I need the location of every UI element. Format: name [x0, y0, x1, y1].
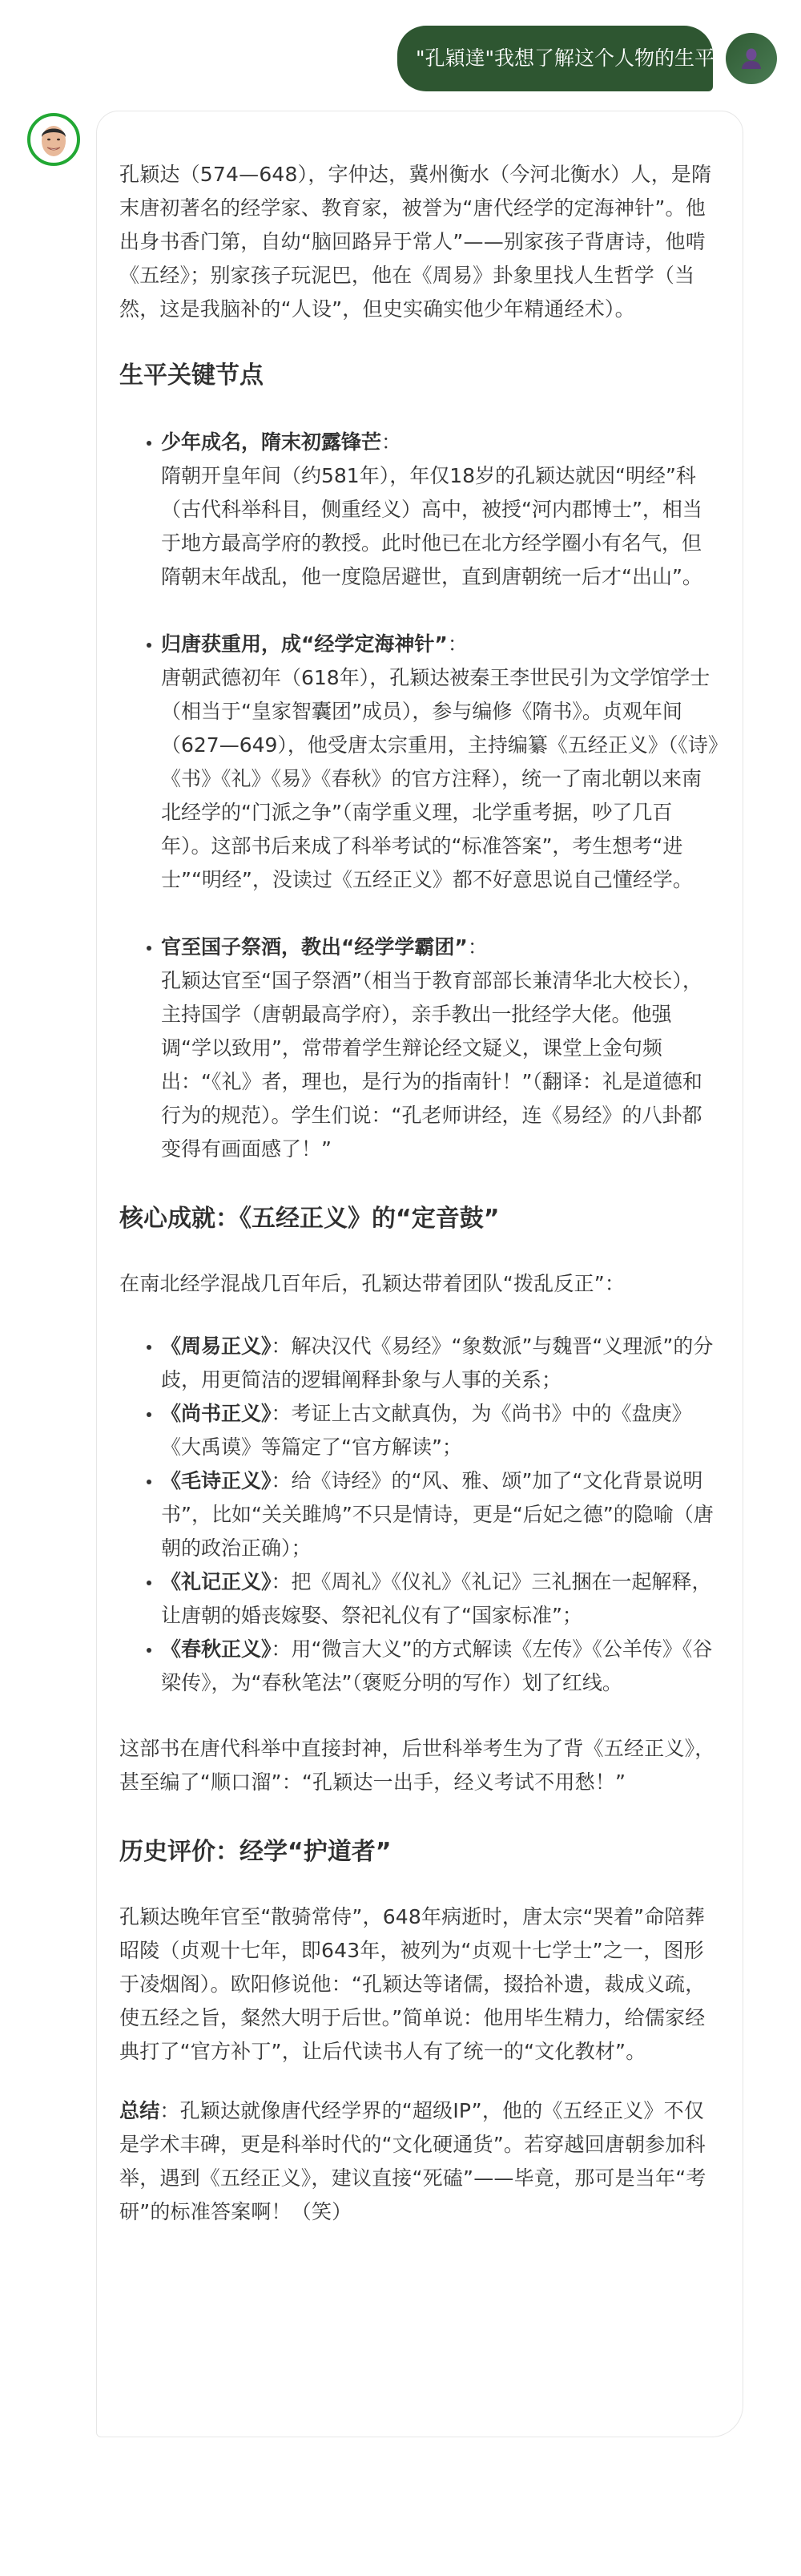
evaluation-paragraph: 孔颖达晚年官至“散骑常侍”，648年病逝时，唐太宗“哭着”命陪葬昭陵（贞观十七年… [119, 1900, 718, 2069]
user-message-row: "孔穎達"我想了解这个人物的生平 [397, 26, 777, 91]
milestones-list: 少年成名，隋末初露锋芒： 隋朝开皇年间（约581年），年仅18岁的孔颖达就因“明… [119, 426, 718, 1166]
classic-title: 《毛诗正义》 [161, 1469, 272, 1492]
user-message-text: "孔穎達"我想了解这个人物的生平 [416, 46, 714, 71]
list-item: 《礼记正义》：把《周礼》《仪礼》《礼记》三礼捆在一起解释，让唐朝的婚丧嫁娶、祭祀… [161, 1565, 718, 1633]
achievement-intro: 在南北经学混战几百年后，孔颖达带着团队“拨乱反正”： [119, 1267, 718, 1301]
achievement-outro: 这部书在唐代科举中直接封神，后世科举考生为了背《五经正义》，甚至编了“顺口溜”：… [119, 1732, 718, 1799]
classic-title: 《尚书正义》 [161, 1402, 272, 1425]
list-item: 归唐获重用，成“经学定海神针”： 唐朝武德初年（618年），孔颖达被秦王李世民引… [161, 628, 718, 897]
list-item: 《春秋正义》：用“微言大义”的方式解读《左传》《公羊传》《谷梁传》，为“春秋笔法… [161, 1633, 718, 1700]
list-item: 《周易正义》：解决汉代《易经》“象数派”与魏晋“义理派”的分歧，用更简洁的逻辑阐… [161, 1330, 718, 1397]
classic-title: 《礼记正义》 [161, 1570, 272, 1593]
milestone-title: 官至国子祭酒，教出“经学学霸团” [161, 935, 468, 959]
user-avatar[interactable] [726, 33, 777, 84]
classic-title: 《春秋正义》 [161, 1637, 272, 1661]
classics-list: 《周易正义》：解决汉代《易经》“象数派”与魏晋“义理派”的分歧，用更简洁的逻辑阐… [119, 1330, 718, 1700]
list-item: 少年成名，隋末初露锋芒： 隋朝开皇年间（约581年），年仅18岁的孔颖达就因“明… [161, 426, 718, 594]
summary-label: 总结 [119, 2099, 159, 2122]
summary-body: ：孔颖达就像唐代经学界的“超级IP”，他的《五经正义》不仅是学术丰碑，更是科举时… [119, 2099, 706, 2223]
user-silhouette-icon [741, 47, 762, 70]
milestone-body: 隋朝开皇年间（约581年），年仅18岁的孔颖达就因“明经”科（古代科举科目，侧重… [161, 459, 718, 594]
list-item: 《尚书正义》：考证上古文献真伪，为《尚书》中的《盘庚》《大禹谟》等篇定了“官方解… [161, 1397, 718, 1464]
section-heading-evaluation: 历史评价：经学“护道者” [119, 1836, 718, 1868]
section-heading-milestones: 生平关键节点 [119, 360, 718, 392]
user-message-bubble: "孔穎達"我想了解这个人物的生平 [397, 26, 713, 91]
milestone-body: 唐朝武德初年（618年），孔颖达被秦王李世民引为文学馆学士（相当于“皇家智囊团”… [161, 661, 718, 897]
assistant-message-card: 孔颖达（574—648），字仲达，冀州衡水（今河北衡水）人，是隋末唐初著名的经学… [96, 111, 743, 2437]
chat-page: "孔穎達"我想了解这个人物的生平 孔颖达（574—648），字仲达，冀州衡水（今… [0, 0, 801, 2576]
intro-paragraph: 孔颖达（574—648），字仲达，冀州衡水（今河北衡水）人，是隋末唐初著名的经学… [119, 158, 718, 326]
milestone-title: 少年成名，隋末初露锋芒 [161, 430, 381, 454]
assistant-avatar[interactable] [27, 113, 80, 166]
summary-paragraph: 总结：孔颖达就像唐代经学界的“超级IP”，他的《五经正义》不仅是学术丰碑，更是科… [119, 2094, 718, 2229]
milestone-title: 归唐获重用，成“经学定海神针” [161, 632, 448, 656]
assistant-photo-avatar-icon [38, 119, 70, 159]
list-item: 《毛诗正义》：给《诗经》的“风、雅、颂”加了“文化背景说明书”，比如“关关雎鸠”… [161, 1464, 718, 1565]
milestone-body: 孔颖达官至“国子祭酒”（相当于教育部部长兼清华北大校长），主持国学（唐朝最高学府… [161, 964, 718, 1166]
section-heading-achievement: 核心成就：《五经正义》的“定音鼓” [119, 1203, 718, 1235]
list-item: 官至国子祭酒，教出“经学学霸团”： 孔颖达官至“国子祭酒”（相当于教育部部长兼清… [161, 931, 718, 1166]
classic-title: 《周易正义》 [161, 1334, 272, 1358]
